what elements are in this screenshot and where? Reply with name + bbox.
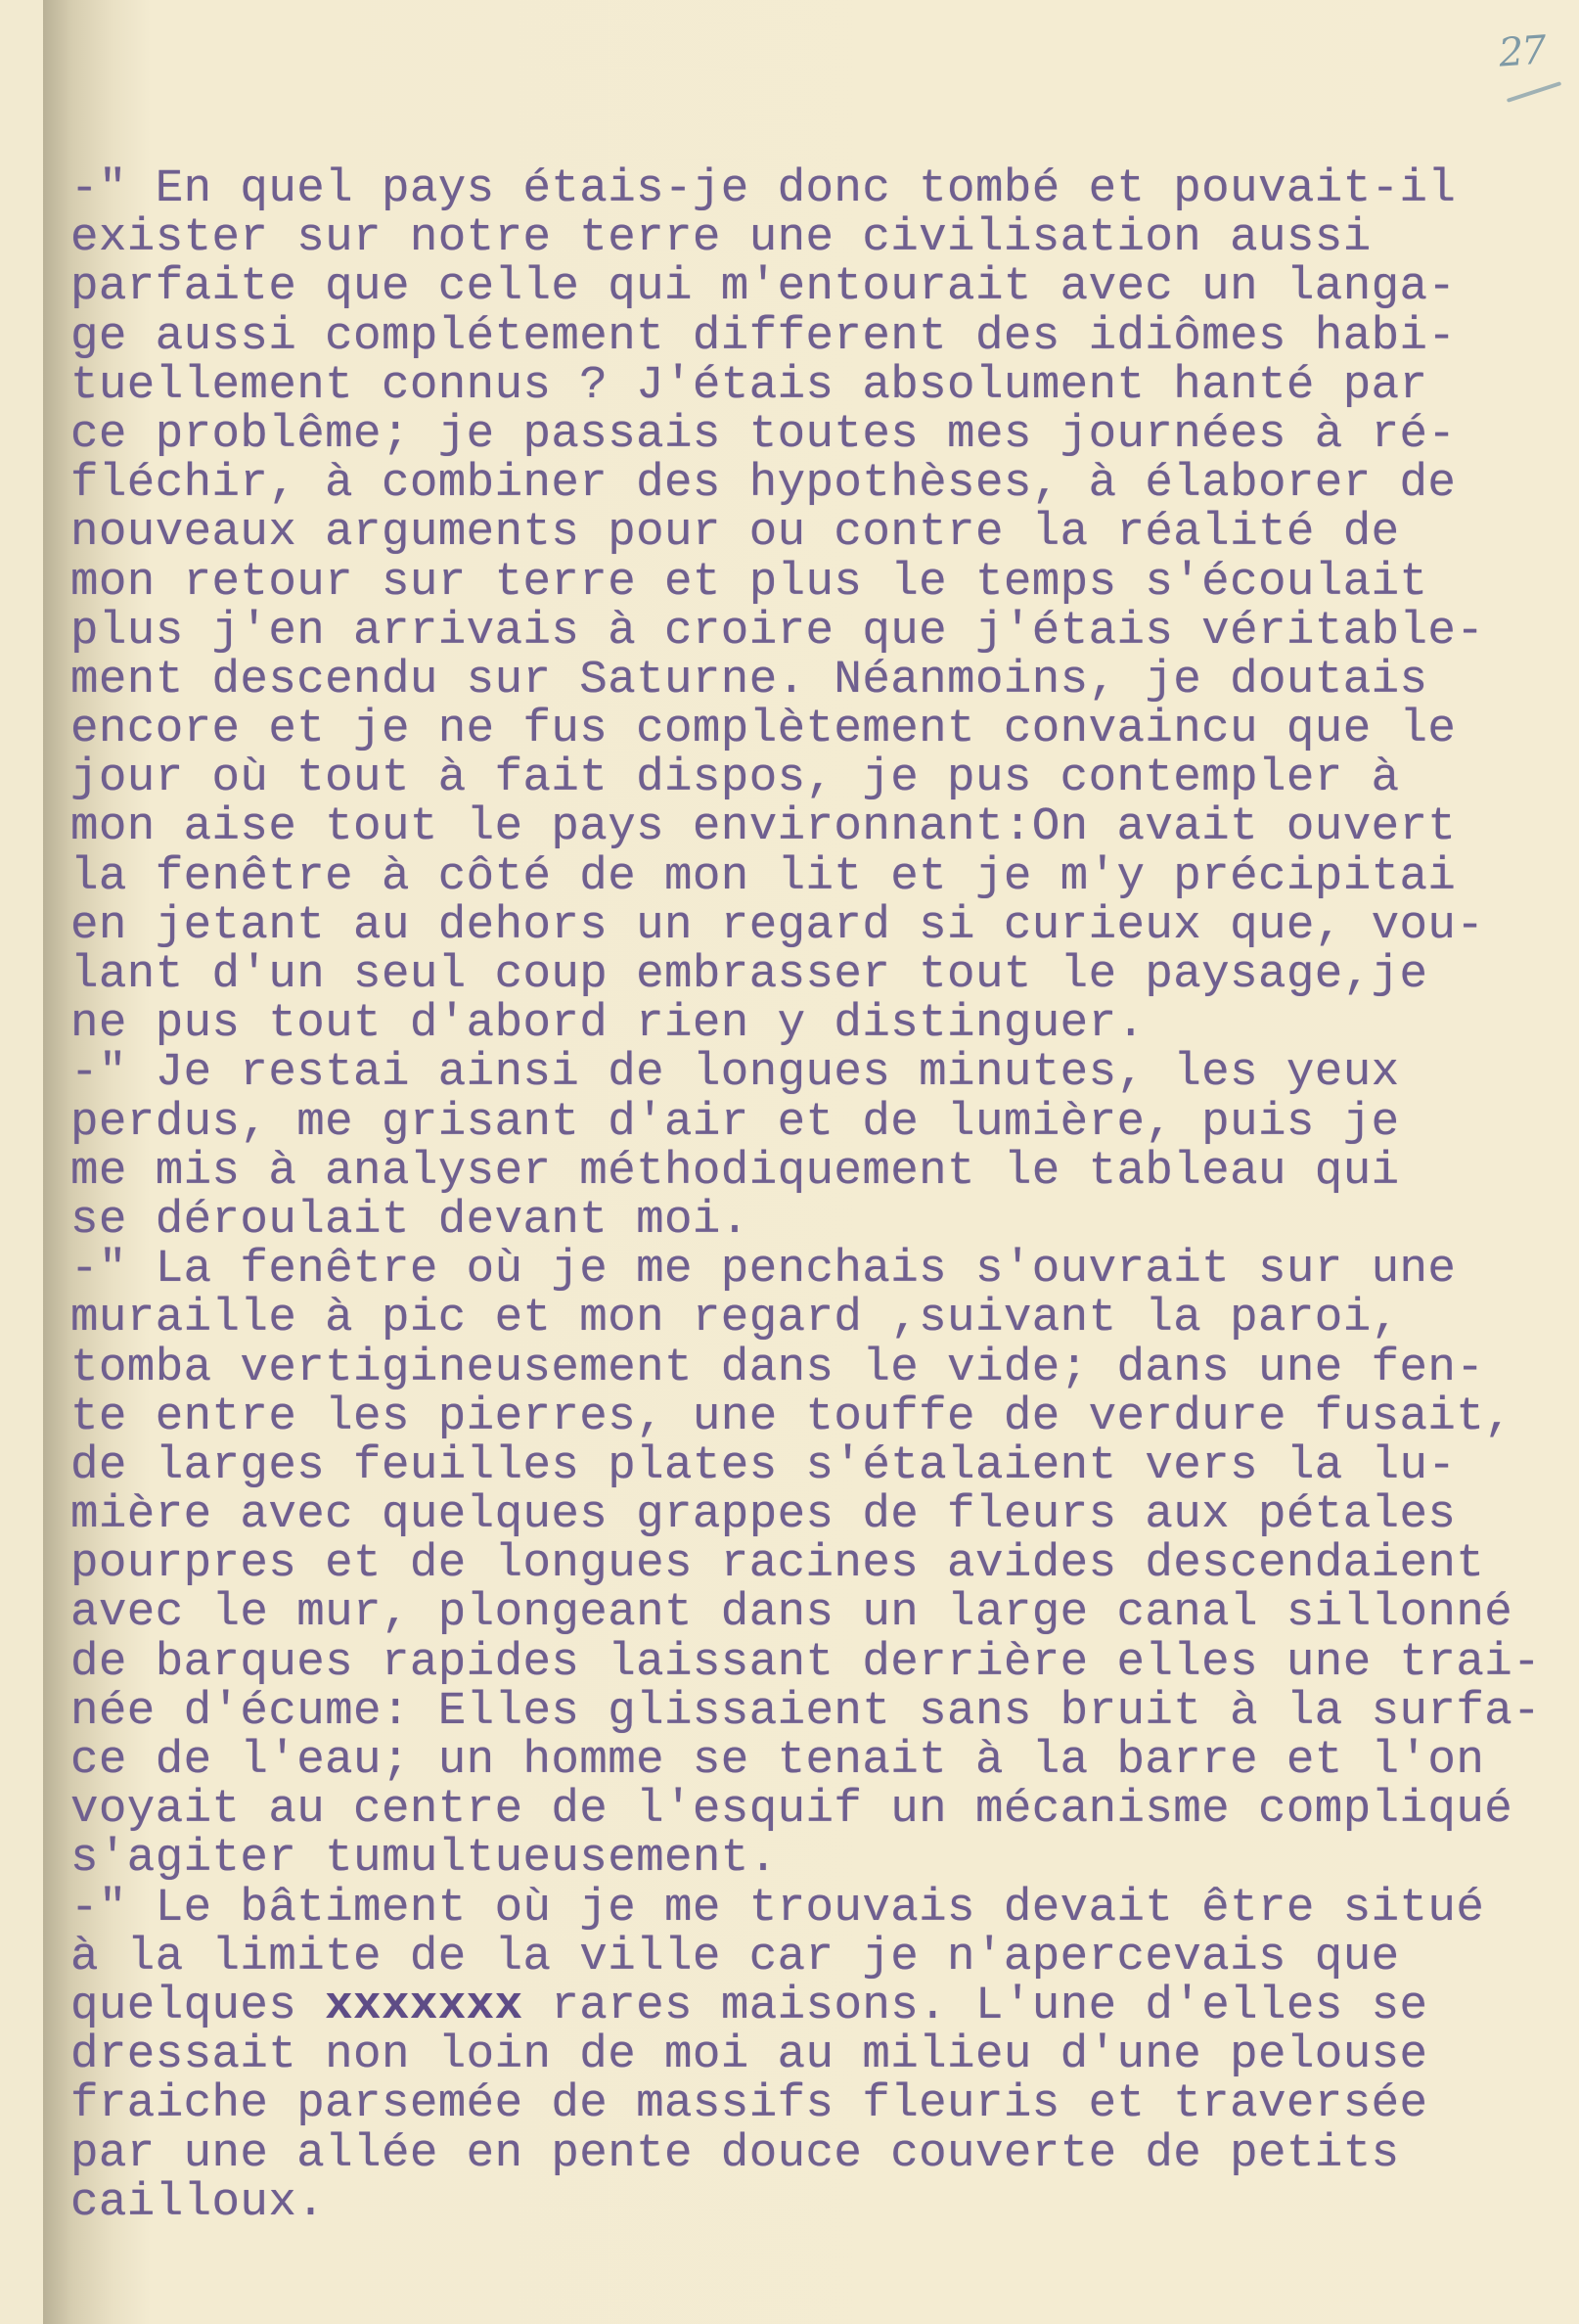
- page-text: -" En quel pays étais-je donc tombé et p…: [70, 164, 1541, 2227]
- struck-out-word: xxxxxxx: [325, 1980, 522, 2032]
- text-line: fraiche parsemée de massifs fleuris et t…: [70, 2079, 1541, 2128]
- text-line: pourpres et de longues racines avides de…: [70, 1539, 1541, 1588]
- page-number: 27: [1497, 27, 1546, 75]
- underlying-page-edge: [0, 0, 44, 2324]
- text-line: de barques rapides laissant derrière ell…: [70, 1638, 1541, 1687]
- text-line: -" La fenêtre où je me penchais s'ouvrai…: [70, 1245, 1541, 1294]
- text-line: quelques xxxxxxx rares maisons. L'une d'…: [70, 1982, 1541, 2030]
- text-line: voyait au centre de l'esquif un mécanism…: [70, 1785, 1541, 1834]
- text-line: perdus, me grisant d'air et de lumière, …: [70, 1098, 1541, 1147]
- text-line: ge aussi complétement different des idiô…: [70, 312, 1541, 361]
- text-line: encore et je ne fus complètement convain…: [70, 705, 1541, 753]
- text-line: s'agiter tumultueusement.: [70, 1834, 1541, 1883]
- text-line: parfaite que celle qui m'entourait avec …: [70, 262, 1541, 311]
- text-line: lant d'un seul coup embrasser tout le pa…: [70, 950, 1541, 999]
- text-line: ne pus tout d'abord rien y distinguer.: [70, 999, 1541, 1048]
- text-line: la fenêtre à côté de mon lit et je m'y p…: [70, 852, 1541, 901]
- text-line: se déroulait devant moi.: [70, 1196, 1541, 1245]
- text-line: en jetant au dehors un regard si curieux…: [70, 901, 1541, 950]
- text-line: née d'écume: Elles glissaient sans bruit…: [70, 1687, 1541, 1736]
- typewritten-page: 27 -" En quel pays étais-je donc tombé e…: [43, 0, 1579, 2324]
- text-line: plus j'en arrivais à croire que j'étais …: [70, 607, 1541, 656]
- text-line: dressait non loin de moi au milieu d'une…: [70, 2030, 1541, 2079]
- text-line: tomba vertigineusement dans le vide; dan…: [70, 1344, 1541, 1392]
- text-line: mon aise tout le pays environnant:On ava…: [70, 802, 1541, 851]
- text-line: mière avec quelques grappes de fleurs au…: [70, 1490, 1541, 1539]
- text-line: cailloux.: [70, 2178, 1541, 2227]
- text-line: ce problême; je passais toutes mes journ…: [70, 410, 1541, 459]
- text-line: mon retour sur terre et plus le temps s'…: [70, 558, 1541, 607]
- page-number-underline: [1507, 81, 1561, 103]
- text-line: ment descendu sur Saturne. Néanmoins, je…: [70, 656, 1541, 705]
- text-line: ce de l'eau; un homme se tenait à la bar…: [70, 1736, 1541, 1785]
- text-line: me mis à analyser méthodiquement le tabl…: [70, 1147, 1541, 1196]
- text-line: exister sur notre terre une civilisation…: [70, 213, 1541, 262]
- text-line: tuellement connus ? J'étais absolument h…: [70, 361, 1541, 410]
- text-line: muraille à pic et mon regard ,suivant la…: [70, 1294, 1541, 1343]
- text-line: de larges feuilles plates s'étalaient ve…: [70, 1441, 1541, 1490]
- text-line: -" En quel pays étais-je donc tombé et p…: [70, 164, 1541, 213]
- text-line: te entre les pierres, une touffe de verd…: [70, 1392, 1541, 1441]
- text-line: à la limite de la ville car je n'apercev…: [70, 1933, 1541, 1982]
- text-line: par une allée en pente douce couverte de…: [70, 2129, 1541, 2178]
- text-line: -" Je restai ainsi de longues minutes, l…: [70, 1048, 1541, 1097]
- text-line: avec le mur, plongeant dans un large can…: [70, 1588, 1541, 1637]
- text-line: -" Le bâtiment où je me trouvais devait …: [70, 1884, 1541, 1933]
- text-line: fléchir, à combiner des hypothèses, à él…: [70, 459, 1541, 508]
- text-line: nouveaux arguments pour ou contre la réa…: [70, 508, 1541, 557]
- text-line: jour où tout à fait dispos, je pus conte…: [70, 753, 1541, 802]
